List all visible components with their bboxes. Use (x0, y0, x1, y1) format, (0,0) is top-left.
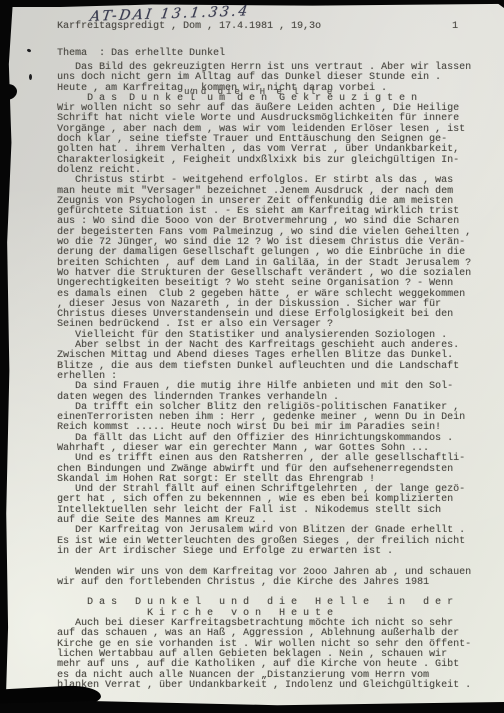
ink-speck (29, 74, 32, 80)
thema-line: Thema : Das erhellte Dunkel (57, 48, 225, 59)
scanned-document: AT-DAI 13.1.33.4 Karfreitagspredigt , Do… (0, 0, 504, 713)
document-title-line: Karfreitagspredigt , Dom , 17.4.1981 , 1… (57, 21, 321, 32)
sermon-body-text: Das Bild des gekreuzigten Herrn ist uns … (57, 63, 471, 691)
page-number: 1 (452, 21, 458, 32)
